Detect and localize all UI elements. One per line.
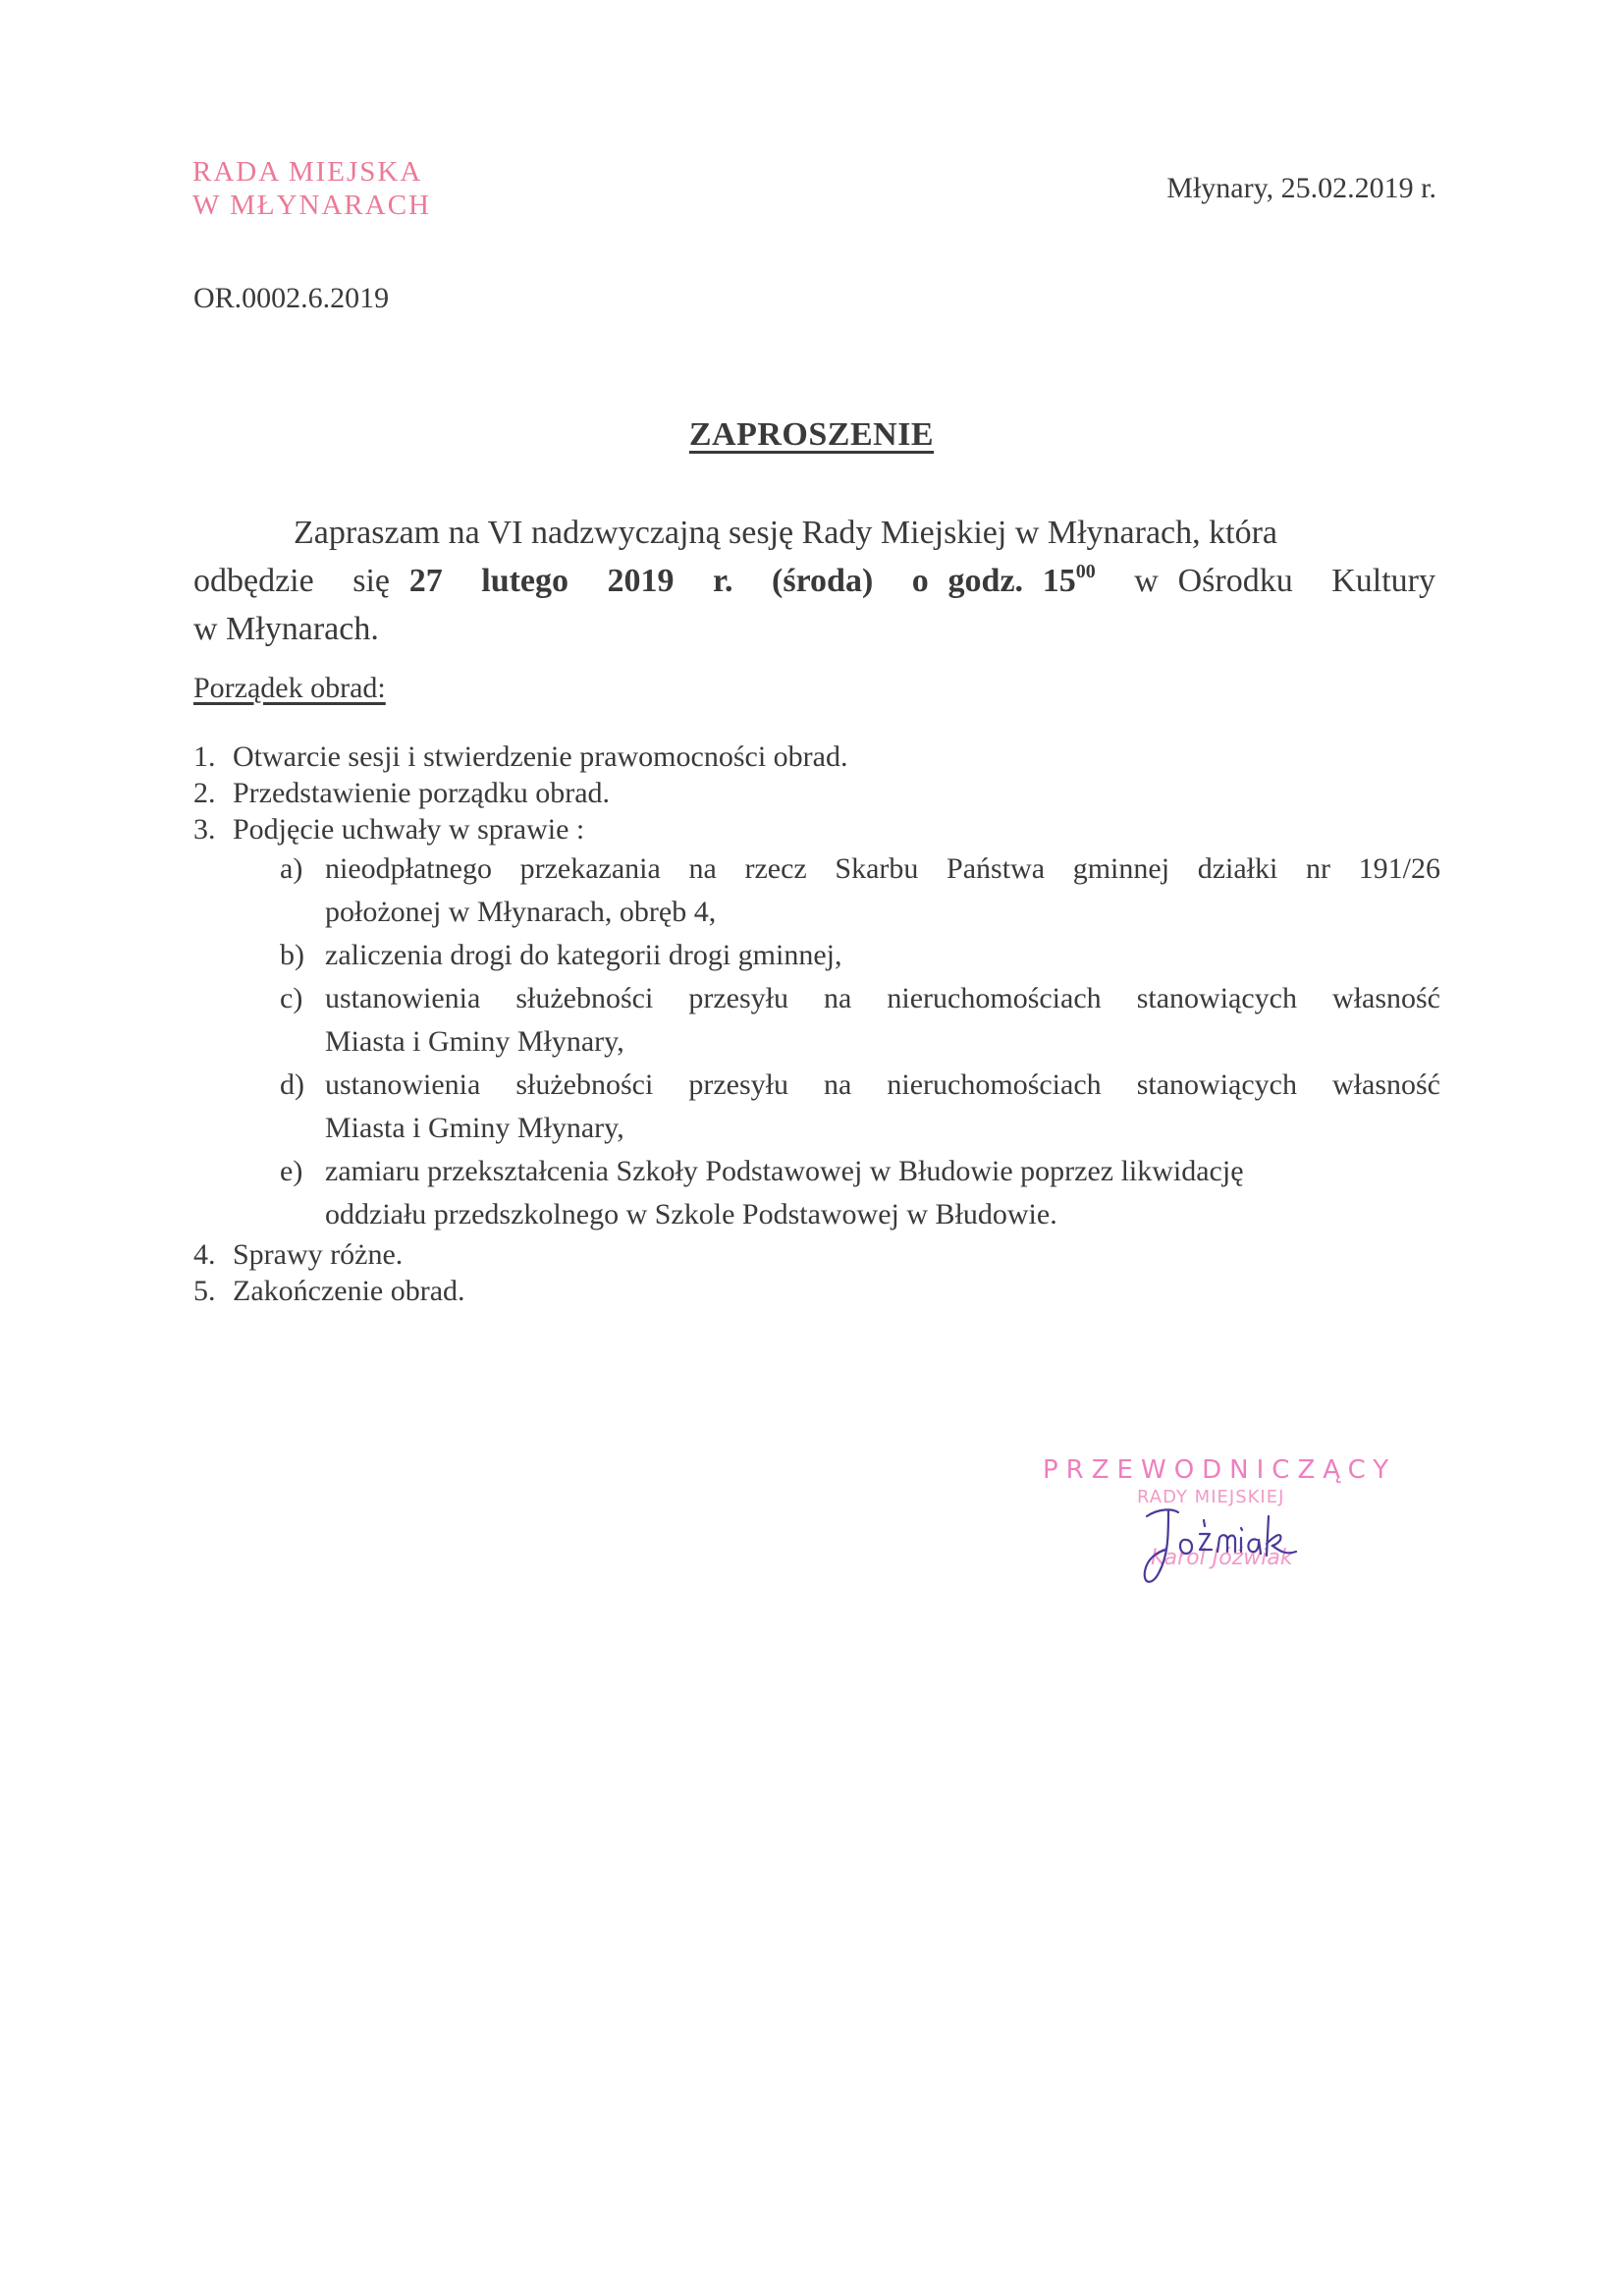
invitation-paragraph: Zapraszam na VI nadzwyczajną sesję Rady … <box>193 509 1435 653</box>
intro-line-2: odbędzie się 27 lutego 2019 r. (środa) o… <box>193 557 1435 605</box>
agenda-item-number: 1. <box>193 738 233 775</box>
subitem-text-line-1: zaliczenia drogi do kategorii drogi gmin… <box>325 934 1440 977</box>
agenda-item-number: 2. <box>193 775 233 811</box>
intro-line-1: Zapraszam na VI nadzwyczajną sesję Rady … <box>193 509 1435 557</box>
subitem-text-line-1: ustanowienia służebności przesyłu na nie… <box>325 1064 1440 1107</box>
subitem-text-line-1: ustanowienia służebności przesyłu na nie… <box>325 977 1440 1020</box>
subitem-letter: a) <box>280 847 325 891</box>
agenda-subitem: d) ustanowienia służebności przesyłu na … <box>280 1064 1440 1150</box>
subitem-text-line-2: oddziału przedszkolnego w Szkole Podstaw… <box>325 1193 1440 1236</box>
agenda-item-number: 4. <box>193 1236 233 1273</box>
agenda-item-text: Przedstawienie porządku obrad. <box>233 775 1440 811</box>
session-time-minutes: 00 <box>1076 561 1096 582</box>
reference-number: OR.0002.6.2019 <box>193 282 389 315</box>
intro-line-3: w Młynarach. <box>193 605 1435 653</box>
subitem-text-line-2: Miasta i Gminy Młynary, <box>325 1020 1440 1064</box>
agenda-item-text: Sprawy różne. <box>233 1236 1440 1273</box>
signature-stamp-title: PRZEWODNICZĄCY <box>1043 1455 1396 1485</box>
document-title-text: ZAPROSZENIE <box>689 416 934 453</box>
chairman-signature-block: PRZEWODNICZĄCY RADY MIEJSKIEJ Karol Jóźw… <box>1041 1455 1414 1593</box>
stamp-line-1: RADA MIEJSKA <box>192 155 431 189</box>
agenda-list: 1. Otwarcie sesji i stwierdzenie prawomo… <box>193 738 1440 1309</box>
intro-line-2-pre: odbędzie się <box>193 563 409 599</box>
place-date: Młynary, 25.02.2019 r. <box>1166 172 1436 205</box>
document-page: RADA MIEJSKA W MŁYNARACH Młynary, 25.02.… <box>0 0 1623 2296</box>
agenda-subitem: c) ustanowienia służebności przesyłu na … <box>280 977 1440 1064</box>
subitem-letter: d) <box>280 1064 325 1107</box>
subitem-text-line-2: położonej w Młynarach, obręb 4, <box>325 891 1440 934</box>
agenda-item-text: Podjęcie uchwały w sprawie : <box>233 811 1440 847</box>
agenda-item: 5. Zakończenie obrad. <box>193 1273 1440 1309</box>
subitem-letter: b) <box>280 934 325 977</box>
agenda-item-text: Otwarcie sesji i stwierdzenie prawomocno… <box>233 738 1440 775</box>
agenda-subitem: a) nieodpłatnego przekazania na rzecz Sk… <box>280 847 1440 934</box>
agenda-item: 2. Przedstawienie porządku obrad. <box>193 775 1440 811</box>
agenda-item: 1. Otwarcie sesji i stwierdzenie prawomo… <box>193 738 1440 775</box>
subitem-letter: c) <box>280 977 325 1020</box>
agenda-item: 3. Podjęcie uchwały w sprawie : <box>193 811 1440 847</box>
agenda-item-text: Zakończenie obrad. <box>233 1273 1440 1309</box>
agenda-item-number: 3. <box>193 811 233 847</box>
subitem-text-line-2: Miasta i Gminy Młynary, <box>325 1107 1440 1150</box>
subitem-letter: e) <box>280 1150 325 1193</box>
handwritten-signature-icon <box>1139 1495 1316 1593</box>
subitem-text-line-1: zamiaru przekształcenia Szkoły Podstawow… <box>325 1150 1440 1193</box>
agenda-item: 4. Sprawy różne. <box>193 1236 1440 1273</box>
agenda-label: Porządek obrad: <box>193 672 386 705</box>
stamp-line-2: W MŁYNARACH <box>192 189 431 222</box>
agenda-subitem: b) zaliczenia drogi do kategorii drogi g… <box>280 934 1440 977</box>
document-title: ZAPROSZENIE <box>0 416 1623 454</box>
agenda-subitem: e) zamiaru przekształcenia Szkoły Podsta… <box>280 1150 1440 1236</box>
subitem-text-line-1: nieodpłatnego przekazania na rzecz Skarb… <box>325 847 1440 891</box>
intro-line-2-post: w Ośrodku Kultury <box>1096 563 1435 599</box>
session-date-time: 27 lutego 2019 r. (środa) o godz. 15 <box>409 563 1076 599</box>
council-stamp: RADA MIEJSKA W MŁYNARACH <box>192 155 431 222</box>
agenda-item-number: 5. <box>193 1273 233 1309</box>
resolution-subitems: a) nieodpłatnego przekazania na rzecz Sk… <box>280 847 1440 1236</box>
